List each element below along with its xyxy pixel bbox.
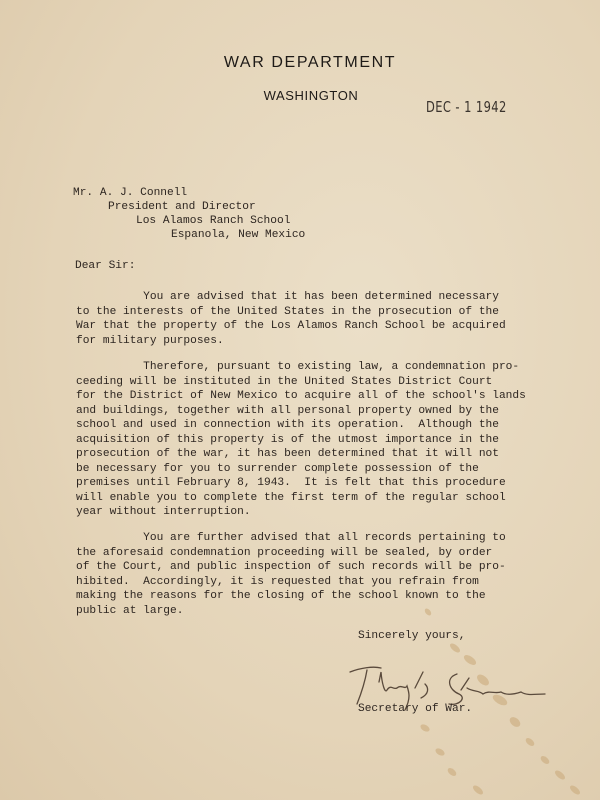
text-line: prosecution of the war, it has been dete…	[76, 447, 576, 462]
signature-icon	[345, 660, 565, 730]
recipient-organization: Los Alamos Ranch School	[136, 214, 290, 229]
text-line: to the interests of the United States in…	[76, 305, 576, 320]
text-line: making the reasons for the closing of th…	[76, 589, 576, 604]
text-line: will enable you to complete the first te…	[76, 491, 576, 506]
body-paragraph-3: You are further advised that all records…	[76, 531, 576, 618]
text-line: year without interruption.	[76, 505, 576, 520]
text-line: for military purposes.	[76, 334, 576, 349]
text-line: You are further advised that all records…	[76, 531, 576, 546]
recipient-position: President and Director	[108, 200, 256, 215]
text-line: of the Court, and public inspection of s…	[76, 560, 576, 575]
text-line: acquisition of this property is of the u…	[76, 433, 576, 448]
text-line: Therefore, pursuant to existing law, a c…	[76, 360, 576, 375]
text-line: and buildings, together with all persona…	[76, 404, 576, 419]
text-line: You are advised that it has been determi…	[76, 290, 576, 305]
text-line: ceeding will be instituted in the United…	[76, 375, 576, 390]
date-stamp: DEC - 1 1942	[426, 98, 507, 116]
body-paragraph-1: You are advised that it has been determi…	[76, 290, 576, 348]
text-line: premises until February 8, 1943. It is f…	[76, 476, 576, 491]
body-paragraph-2: Therefore, pursuant to existing law, a c…	[76, 360, 576, 520]
closing: Sincerely yours,	[358, 629, 465, 644]
recipient-name: Mr. A. J. Connell	[73, 186, 187, 201]
text-line: school and used in connection with its o…	[76, 418, 576, 433]
text-line: the aforesaid condemnation proceeding wi…	[76, 546, 576, 561]
text-line: War that the property of the Los Alamos …	[76, 319, 576, 334]
letterhead-title: WAR DEPARTMENT	[0, 54, 600, 72]
text-line: public at large.	[76, 604, 576, 619]
letterhead-city: WASHINGTON	[0, 88, 600, 103]
salutation: Dear Sir:	[75, 259, 135, 274]
text-line: be necessary for you to surrender comple…	[76, 462, 576, 477]
text-line: hibited. Accordingly, it is requested th…	[76, 575, 576, 590]
text-line: for the District of New Mexico to acquir…	[76, 389, 576, 404]
recipient-location: Espanola, New Mexico	[171, 228, 305, 243]
letter-page: WAR DEPARTMENT WASHINGTON DEC - 1 1942 M…	[0, 0, 600, 800]
signatory-title: Secretary of War.	[358, 702, 472, 717]
